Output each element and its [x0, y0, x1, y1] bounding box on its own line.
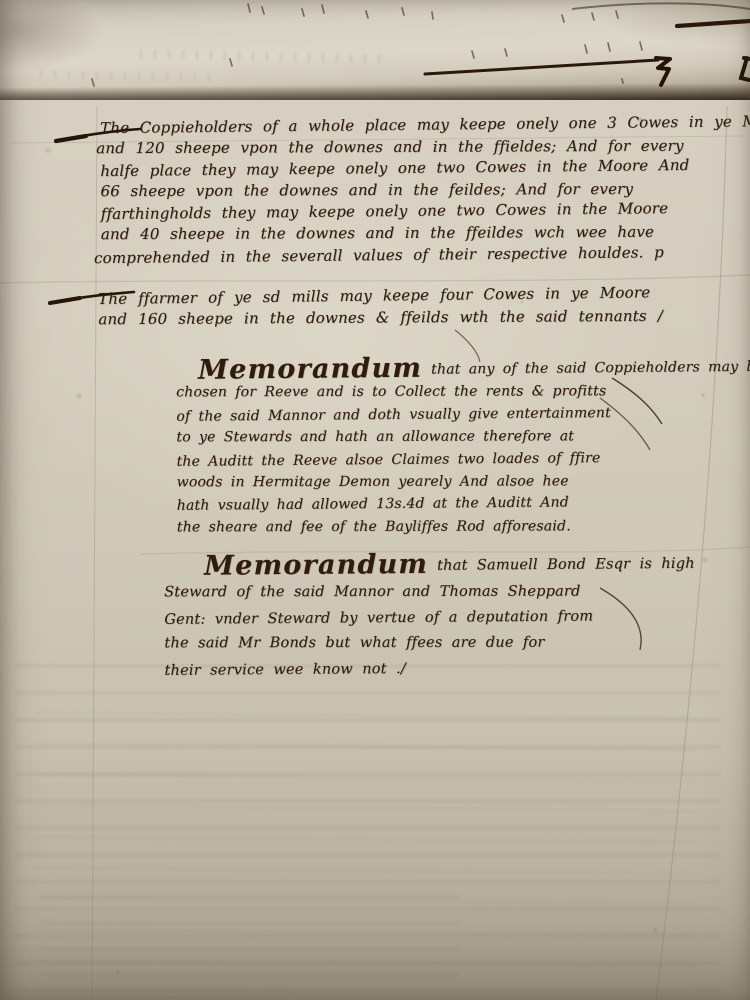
manuscript-line: Gent: vnder Steward by vertue of a deput…	[164, 603, 674, 633]
ink-flourish-glyph	[656, 58, 670, 85]
memorandum-heading: Memorandum	[204, 549, 428, 582]
ink-arc	[572, 3, 750, 9]
memorandum-reeve: Memorandumthat any of the said Coppiehol…	[176, 357, 662, 539]
manuscript-line-text: that any of the said Coppieholders may b…	[431, 359, 750, 378]
manuscript-line: the said Mr Bonds but what ffees are due…	[164, 631, 674, 658]
manuscript-line: their service wee know not ./	[164, 655, 674, 685]
manuscript-line: the sheare and fee of the Bayliffes Rod …	[177, 515, 662, 539]
manuscript-line: Memorandumthat any of the said Coppiehol…	[198, 357, 661, 383]
ink-line	[425, 60, 658, 74]
manuscript-line: the Auditt the Reeve alsoe Claimes two l…	[176, 446, 661, 473]
ink-ticks	[92, 4, 642, 86]
paragraph-dash	[56, 136, 86, 141]
manuscript-line: to ye Stewards and hath an allowance the…	[176, 425, 661, 449]
manuscript-line: chosen for Reeve and is to Collect the r…	[176, 381, 661, 405]
left-margin-line	[92, 106, 97, 1000]
manuscript-line: Memorandumthat Samuell Bond Esqr is high	[204, 552, 674, 581]
pen-flourish	[455, 330, 480, 362]
manuscript-line: and 160 sheepe in the downes & ffeilds w…	[98, 305, 688, 331]
manuscript-line: woods in Hermitage Demon yearely And als…	[177, 470, 662, 494]
manuscript-line-text: that Samuell Bond Esqr is high	[437, 556, 695, 574]
memorandum-stewards: Memorandumthat Samuell Bond Esqr is high…	[164, 553, 675, 684]
paragraph-dash	[50, 298, 80, 303]
ink-flourish-glyph	[741, 58, 750, 80]
manuscript-line: hath vsually had allowed 13s.4d at the A…	[177, 491, 662, 518]
manuscript-line: of the said Mannor and doth vsually give…	[176, 401, 661, 428]
paragraph-farmer-of-mills: The ffarmer of ye sd mills may keepe fou…	[98, 282, 688, 331]
manuscript-line: Steward of the said Mannor and Thomas Sh…	[164, 579, 674, 606]
paragraph-cattle-stints: The Coppieholders of a whole place may k…	[100, 113, 726, 269]
manuscript-photo: The Coppieholders of a whole place may k…	[0, 0, 750, 1000]
ink-line	[677, 21, 750, 26]
